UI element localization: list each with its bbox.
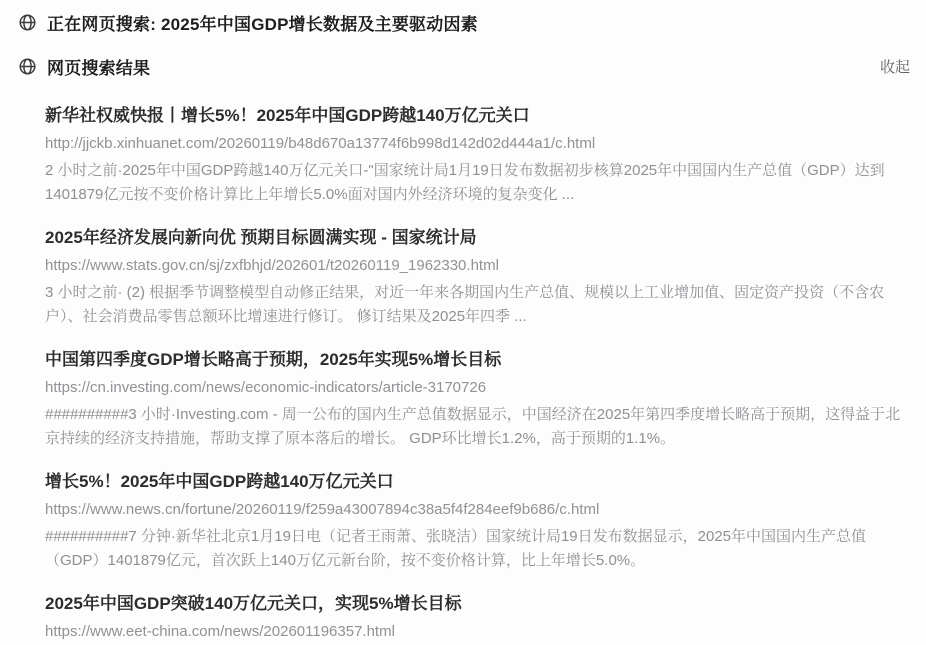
result-item: 2025年中国GDP突破140万亿元关口，实现5%增长目标 https://ww…: [45, 591, 906, 643]
result-item: 2025年经济发展向新向优 预期目标圆满实现 - 国家统计局 https://w…: [45, 225, 906, 329]
result-item: 增长5%！2025年中国GDP跨越140万亿元关口 https://www.ne…: [45, 469, 906, 573]
result-url: https://www.stats.gov.cn/sj/zxfbhjd/2026…: [45, 255, 906, 277]
result-title[interactable]: 增长5%！2025年中国GDP跨越140万亿元关口: [45, 469, 906, 495]
result-url: https://www.news.cn/fortune/20260119/f25…: [45, 499, 906, 521]
result-title[interactable]: 新华社权威快报丨增长5%！2025年中国GDP跨越140万亿元关口: [45, 103, 906, 129]
globe-icon: [18, 57, 37, 76]
search-query-text: 正在网页搜索: 2025年中国GDP增长数据及主要驱动因素: [47, 10, 478, 35]
result-title[interactable]: 2025年经济发展向新向优 预期目标圆满实现 - 国家统计局: [45, 225, 906, 251]
collapse-button[interactable]: 收起: [880, 56, 910, 77]
result-item: 新华社权威快报丨增长5%！2025年中国GDP跨越140万亿元关口 http:/…: [45, 103, 906, 207]
search-status-row: 正在网页搜索: 2025年中国GDP增长数据及主要驱动因素: [0, 10, 926, 35]
result-snippet: ##########3 小时·Investing.com - 周一公布的国内生产…: [45, 403, 906, 451]
result-title[interactable]: 2025年中国GDP突破140万亿元关口，实现5%增长目标: [45, 591, 906, 617]
result-snippet: 3 小时之前· (2) 根据季节调整模型自动修正结果，对近一年来各期国内生产总值…: [45, 281, 906, 329]
search-results-list: 新华社权威快报丨增长5%！2025年中国GDP跨越140万亿元关口 http:/…: [0, 103, 926, 643]
result-snippet: ##########7 分钟·新华社北京1月19日电（记者王雨萧、张晓洁）国家统…: [45, 525, 906, 573]
result-url: https://www.eet-china.com/news/202601196…: [45, 621, 906, 643]
result-url: http://jjckb.xinhuanet.com/20260119/b48d…: [45, 133, 906, 155]
result-snippet: 2 小时之前·2025年中国GDP跨越140万亿元关口-"国家统计局1月19日发…: [45, 159, 906, 207]
results-header-title: 网页搜索结果: [47, 54, 150, 79]
results-header-row: 网页搜索结果 收起: [0, 54, 926, 79]
result-url: https://cn.investing.com/news/economic-i…: [45, 377, 906, 399]
globe-icon: [18, 13, 37, 32]
result-item: 中国第四季度GDP增长略高于预期，2025年实现5%增长目标 https://c…: [45, 347, 906, 451]
result-title[interactable]: 中国第四季度GDP增长略高于预期，2025年实现5%增长目标: [45, 347, 906, 373]
